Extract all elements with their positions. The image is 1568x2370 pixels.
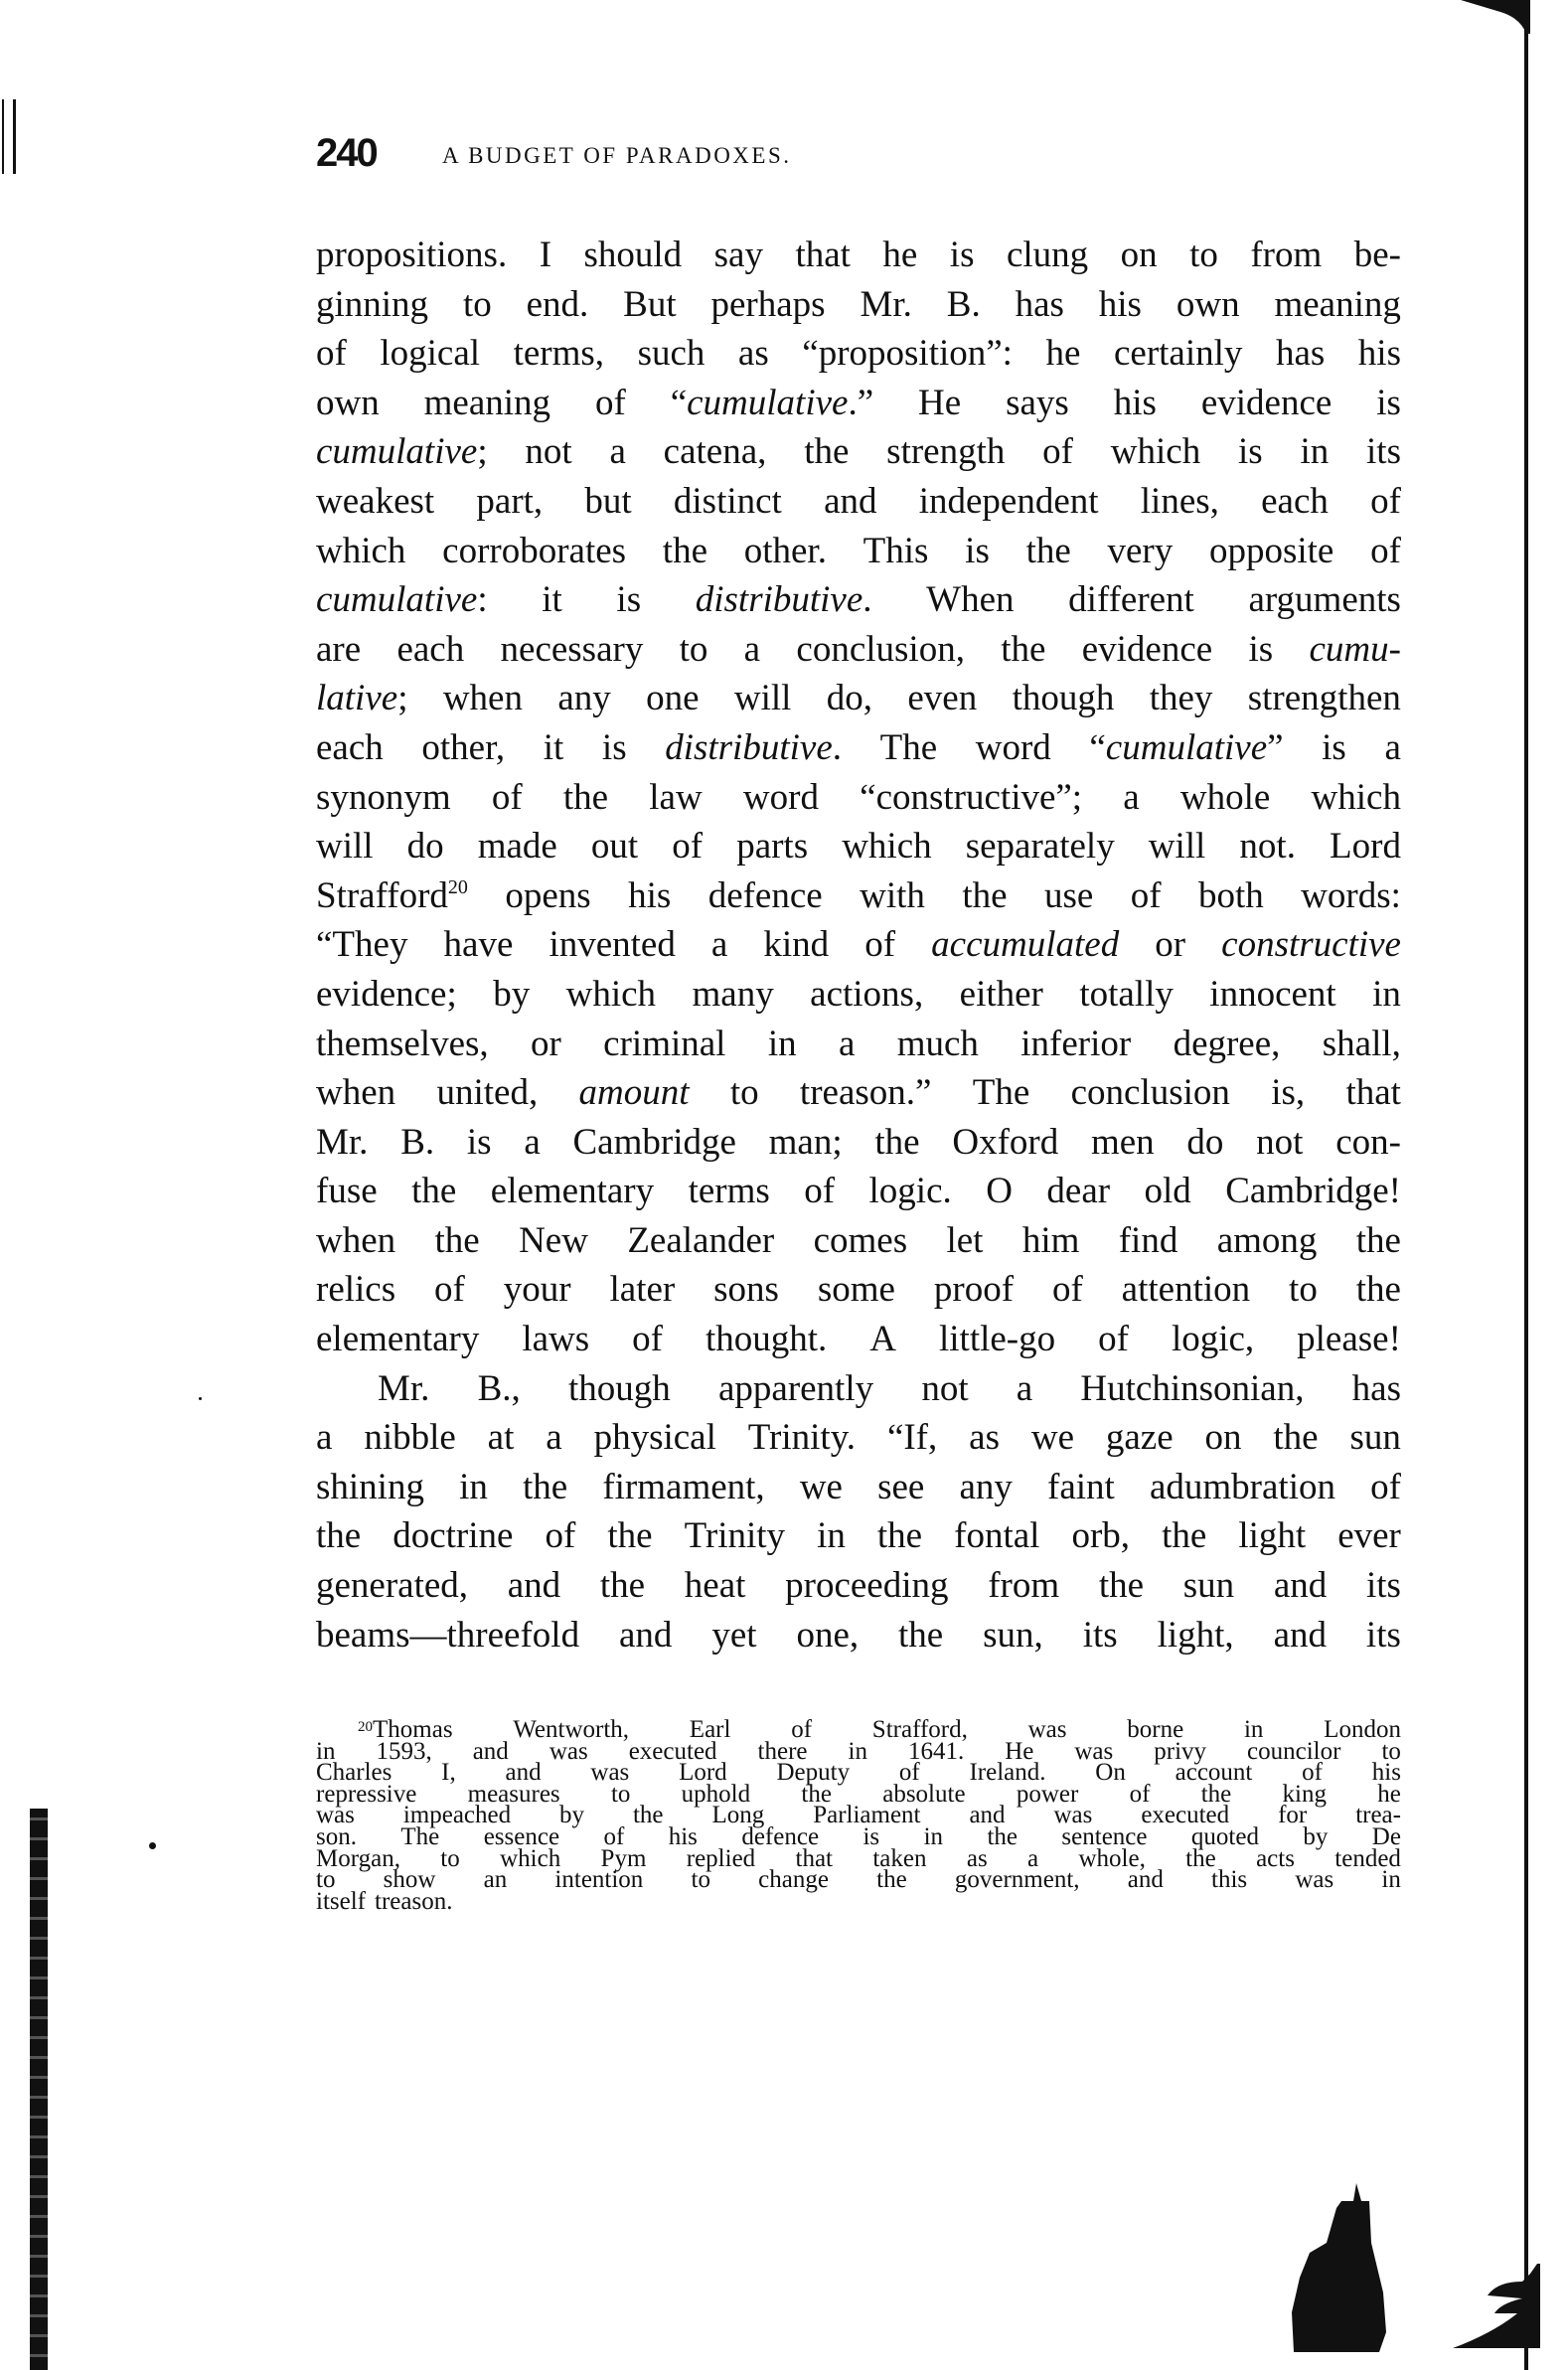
word: and	[1274, 1561, 1327, 1611]
word: strength	[886, 427, 1005, 477]
word: This	[863, 527, 929, 576]
footnote-line: itselftreason.	[316, 1891, 1401, 1913]
word: not	[921, 1364, 968, 1414]
word: his	[1358, 329, 1401, 379]
word: Cambridge	[573, 1118, 736, 1168]
word: synonym	[316, 773, 451, 823]
text-line: relicsofyourlatersonssomeproofofattentio…	[316, 1265, 1401, 1315]
word: or	[1155, 920, 1185, 970]
word: it	[542, 575, 562, 625]
word: defence	[708, 871, 823, 921]
word: is	[1238, 427, 1263, 477]
word: they	[1150, 674, 1213, 723]
word: of	[632, 1315, 663, 1364]
footnote-reference[interactable]: 20	[448, 876, 468, 898]
word: A	[869, 1315, 896, 1364]
word: the	[1356, 1216, 1401, 1266]
word: the	[874, 1118, 919, 1168]
word: sun	[1183, 1561, 1234, 1611]
word: other,	[421, 723, 505, 773]
text-line: cumulative;notacatena,thestrengthofwhich…	[316, 427, 1401, 477]
word: is	[1248, 625, 1273, 675]
word: out	[591, 822, 638, 871]
word: word	[743, 773, 819, 823]
word: words:	[1301, 871, 1401, 921]
word: among	[1217, 1216, 1318, 1266]
word: “cumulative”	[1089, 723, 1283, 773]
word: which	[842, 822, 931, 871]
word: Hutchinsonian,	[1080, 1364, 1304, 1414]
word: of	[595, 379, 626, 428]
word: the	[563, 773, 608, 823]
word: of	[1052, 1265, 1083, 1315]
word: evidence	[1201, 379, 1332, 428]
word: a	[744, 625, 760, 675]
word: such	[638, 329, 706, 379]
word: terms	[689, 1167, 770, 1216]
word: of	[1131, 871, 1162, 921]
word: each	[396, 625, 464, 675]
word: later	[610, 1265, 676, 1315]
word: much	[897, 1020, 979, 1069]
word: and	[508, 1561, 560, 1611]
word: we	[1031, 1413, 1074, 1463]
word: intention	[554, 1869, 643, 1891]
scan-artifact-left-top	[2, 99, 16, 174]
word: when	[316, 1068, 395, 1118]
word: by	[493, 970, 530, 1020]
word: The	[880, 723, 938, 773]
word: gaze	[1106, 1413, 1174, 1463]
word: at	[488, 1413, 515, 1463]
word: evidence;	[316, 970, 457, 1020]
word: the	[1001, 625, 1045, 675]
word: adumbration	[1150, 1463, 1335, 1512]
word: to	[692, 1869, 710, 1891]
word: inferior	[1020, 1020, 1131, 1069]
word: itself	[316, 1891, 366, 1913]
word: made	[478, 822, 557, 871]
word: even	[907, 674, 977, 723]
text-line: Strafford20openshisdefencewiththeuseofbo…	[316, 871, 1401, 921]
word: some	[818, 1265, 895, 1315]
word: by	[559, 1805, 584, 1826]
word: of	[434, 1265, 465, 1315]
word: both	[1198, 871, 1264, 921]
word: sons	[713, 1265, 779, 1315]
text-line: eachother,itisdistributive.Theword“cumul…	[316, 723, 1401, 773]
word: lative;	[316, 674, 407, 723]
word: he	[882, 231, 917, 280]
scan-artifact-corner	[1461, 0, 1530, 34]
word: necessary	[501, 625, 644, 675]
word: and	[473, 1741, 509, 1763]
word: fontal	[954, 1511, 1039, 1561]
word: treason.”	[800, 1068, 932, 1118]
word: on	[1121, 231, 1158, 280]
word: do,	[827, 674, 872, 723]
word: have	[444, 920, 514, 970]
word: in	[1300, 427, 1329, 477]
word: not	[525, 427, 571, 477]
word: of	[1042, 427, 1073, 477]
word: one	[646, 674, 699, 723]
word: when	[316, 1216, 395, 1266]
word: O	[986, 1167, 1013, 1216]
word: the	[607, 1511, 652, 1561]
word: accumulated	[931, 920, 1119, 970]
word: thought.	[706, 1315, 827, 1364]
word: an	[484, 1869, 508, 1891]
word: will	[1149, 822, 1206, 871]
word: yet	[711, 1611, 756, 1660]
word: a	[609, 427, 625, 477]
word: light	[1238, 1511, 1306, 1561]
text-line: weakestpart,butdistinctandindependentlin…	[316, 477, 1401, 527]
word: very	[1108, 527, 1174, 576]
body-text: propositions.Ishouldsaythatheisclungonto…	[316, 231, 1401, 1659]
word: cumu-	[1309, 625, 1400, 675]
word: physical	[594, 1413, 716, 1463]
word: proceeding	[785, 1561, 948, 1611]
word: of	[546, 1511, 576, 1561]
word: in	[849, 1741, 867, 1763]
word: logic,	[1172, 1315, 1254, 1364]
word: faint	[1047, 1463, 1115, 1512]
footnote-line: son.Theessenceofhisdefenceisinthesentenc…	[316, 1826, 1401, 1848]
word: themselves,	[316, 1020, 489, 1069]
word: propositions.	[316, 231, 507, 280]
word: I	[540, 231, 551, 280]
word: the	[876, 1869, 907, 1891]
word: perhaps	[711, 280, 826, 330]
word: its	[1366, 427, 1401, 477]
word: “If,	[887, 1413, 937, 1463]
text-line: fusetheelementarytermsoflogic.OdearoldCa…	[316, 1167, 1401, 1216]
word: the	[1273, 1413, 1318, 1463]
word: beams—threefold	[316, 1611, 579, 1660]
word: When	[926, 575, 1014, 625]
word: of	[1098, 1315, 1129, 1364]
word: is	[616, 575, 641, 625]
word: to	[463, 280, 492, 330]
scan-artifact-speck	[149, 1842, 156, 1849]
word: this	[1211, 1869, 1247, 1891]
word: whole	[1180, 773, 1270, 823]
word: apparently	[718, 1364, 873, 1414]
text-line: Mr.B.,thoughapparentlynotaHutchinsonian,…	[316, 1364, 1401, 1414]
word: meaning	[424, 379, 550, 428]
word: B.	[400, 1118, 434, 1168]
word: dear	[1046, 1167, 1110, 1216]
word: opens	[505, 871, 590, 921]
word: and	[1128, 1869, 1164, 1891]
word: own	[1176, 280, 1240, 330]
word: be-	[1354, 231, 1401, 280]
text-line: beams—threefoldandyetone,thesun,itslight…	[316, 1611, 1401, 1660]
word: which	[1312, 773, 1401, 823]
footnote: 20ThomasWentworth,EarlofStrafford,wasbor…	[316, 1719, 1401, 1912]
word: its	[1083, 1611, 1118, 1660]
word: it	[544, 723, 564, 773]
word: to	[1189, 231, 1218, 280]
word: but	[584, 477, 631, 527]
word: him	[1022, 1216, 1080, 1266]
word: little-go	[939, 1315, 1055, 1364]
text-line: elementarylawsofthought.Alittle-gooflogi…	[316, 1315, 1401, 1364]
word: find	[1119, 1216, 1178, 1266]
word: independent	[919, 477, 1099, 527]
word: the	[1099, 1561, 1144, 1611]
word: do	[407, 822, 444, 871]
word: which	[566, 970, 656, 1020]
word: conclusion,	[796, 625, 965, 675]
word: of	[672, 822, 703, 871]
word: any	[959, 1463, 1012, 1512]
word: of	[1370, 1463, 1401, 1512]
word: from	[988, 1561, 1059, 1611]
word: in	[459, 1463, 488, 1512]
word: treason.	[375, 1891, 452, 1913]
word: acts	[1256, 1848, 1295, 1870]
word: of	[804, 1167, 835, 1216]
word: firmament,	[602, 1463, 764, 1512]
word: opposite	[1209, 527, 1333, 576]
word: the	[1356, 1265, 1401, 1315]
word: and	[619, 1611, 672, 1660]
word: constructive	[1221, 920, 1401, 970]
word: has	[1352, 1364, 1401, 1414]
word: the	[435, 1216, 480, 1266]
word: that	[795, 231, 850, 280]
text-line: shininginthefirmament,weseeanyfaintadumb…	[316, 1463, 1401, 1512]
word: distributive.	[665, 723, 842, 773]
word: corroborates	[442, 527, 626, 576]
word: comes	[814, 1216, 908, 1266]
word: when	[443, 674, 523, 723]
word: the	[804, 427, 849, 477]
word: will	[316, 822, 374, 871]
word: relics	[316, 1265, 395, 1315]
text-line: themselves,orcriminalinamuchinferiordegr…	[316, 1020, 1401, 1069]
word: heat	[685, 1561, 746, 1611]
word: B.	[947, 280, 981, 330]
word: law	[649, 773, 702, 823]
word: of	[864, 920, 895, 970]
word: the	[411, 1167, 456, 1216]
word: conclusion	[1071, 1068, 1230, 1118]
word: kind	[763, 920, 829, 970]
word: B.,	[478, 1364, 521, 1414]
word: Zealander	[627, 1216, 774, 1266]
word: the	[877, 1511, 922, 1561]
footnote-line: toshowanintentiontochangethegovernment,a…	[316, 1869, 1401, 1891]
text-line: thedoctrineoftheTrinityinthefontalorb,th…	[316, 1511, 1401, 1561]
word: is	[467, 1118, 492, 1168]
word: He	[918, 379, 961, 428]
word: its	[1366, 1611, 1401, 1660]
word: laws	[522, 1315, 589, 1364]
word: different	[1068, 575, 1194, 625]
word: totally	[1079, 970, 1174, 1020]
word: the	[316, 1511, 361, 1561]
text-line: evidence;bywhichmanyactions,eithertotall…	[316, 970, 1401, 1020]
word: with	[860, 871, 925, 921]
word: sun,	[983, 1611, 1043, 1660]
word: says	[1006, 379, 1069, 428]
word: con-	[1335, 1118, 1401, 1168]
word: the	[600, 1561, 645, 1611]
word: New	[519, 1216, 588, 1266]
text-line: propositions.Ishouldsaythatheisclungonto…	[316, 231, 1401, 280]
scan-artifact-speck	[199, 1397, 202, 1400]
word: the	[523, 1463, 567, 1512]
word: either	[960, 970, 1043, 1020]
word: cumulative;	[316, 427, 488, 477]
text-line: whentheNewZealandercomeslethimfindamongt…	[316, 1216, 1401, 1266]
word: But	[623, 280, 676, 330]
word: of	[1370, 527, 1401, 576]
word: men	[1091, 1118, 1155, 1168]
word: in	[817, 1511, 846, 1561]
text-line: synonymofthelawword“constructive”;awhole…	[316, 773, 1401, 823]
word: part,	[476, 477, 543, 527]
word: not	[1256, 1118, 1303, 1168]
text-line: ownmeaningof“cumulative.”Hesayshiseviden…	[316, 379, 1401, 428]
word: not.	[1239, 822, 1296, 871]
word: elementary	[491, 1167, 654, 1216]
word: to	[680, 625, 708, 675]
word: invented	[549, 920, 675, 970]
word: which	[500, 1848, 560, 1870]
word: a	[1123, 773, 1139, 823]
word: lines,	[1141, 477, 1219, 527]
word: government,	[955, 1869, 1080, 1891]
text-line: willdomadeoutofpartswhichseparatelywilln…	[316, 822, 1401, 871]
word: “proposition”:	[802, 329, 1013, 379]
word: Mr.	[860, 280, 911, 330]
word: evidence	[1082, 625, 1212, 675]
word: its	[1366, 1561, 1401, 1611]
text-line: lative;whenanyonewilldo,eventhoughtheyst…	[316, 674, 1401, 723]
word: say	[714, 231, 763, 280]
word: his	[628, 871, 671, 921]
scan-artifact-ink-blob	[1292, 2183, 1386, 2352]
word: logical	[380, 329, 480, 379]
word: “cumulative.”	[671, 379, 873, 428]
word: see	[877, 1463, 924, 1512]
word: On	[1095, 1762, 1126, 1784]
scan-artifact-page-edge-right	[1524, 30, 1528, 2370]
word: other.	[744, 527, 827, 576]
word: “They	[316, 920, 407, 970]
word: in	[1381, 1869, 1400, 1891]
word: has	[1276, 329, 1325, 379]
word: Lord	[1330, 822, 1401, 871]
word: do	[1186, 1118, 1223, 1168]
word: fuse	[316, 1167, 378, 1216]
word: clung	[1007, 231, 1088, 280]
word: the	[1026, 527, 1071, 576]
word: the	[962, 871, 1007, 921]
word: shall,	[1323, 1020, 1401, 1069]
word: each	[316, 723, 384, 773]
text-line: areeachnecessarytoaconclusion,theevidenc…	[316, 625, 1401, 675]
word: change	[758, 1869, 829, 1891]
word: united,	[436, 1068, 538, 1118]
word: Oxford	[952, 1118, 1058, 1168]
word: the	[898, 1611, 943, 1660]
word: in	[768, 1020, 797, 1069]
word: criminal	[603, 1020, 725, 1069]
text-line: generated,andtheheatproceedingfromthesun…	[316, 1561, 1401, 1611]
word: was	[1028, 1719, 1067, 1741]
word: strengthen	[1248, 674, 1401, 723]
word: he	[1046, 329, 1081, 379]
word: I,	[441, 1762, 456, 1784]
word: in	[1372, 970, 1401, 1020]
word: is	[602, 723, 627, 773]
text-line: ginningtoend.ButperhapsMr.B.hashisownmea…	[316, 280, 1401, 330]
word: innocent	[1209, 970, 1335, 1020]
word: the	[633, 1805, 664, 1826]
word: nibble	[364, 1413, 455, 1463]
word: Trinity.	[748, 1413, 856, 1463]
word: is	[965, 527, 990, 576]
word: ginning	[316, 280, 428, 330]
word: old	[1145, 1167, 1191, 1216]
word: one,	[796, 1611, 859, 1660]
word: the	[663, 527, 707, 576]
word: The	[973, 1068, 1030, 1118]
word: “constructive”;	[860, 773, 1082, 823]
word: Mr.	[316, 1118, 368, 1168]
word: word	[976, 723, 1051, 773]
word: is	[950, 231, 975, 280]
word: a	[1017, 1364, 1032, 1414]
word: a	[524, 1118, 540, 1168]
word: which	[316, 527, 405, 576]
text-line: whichcorroboratestheother.Thisistheveryo…	[316, 527, 1401, 576]
word: elementary	[316, 1315, 479, 1364]
word: Trinity	[685, 1511, 785, 1561]
word: is	[1376, 379, 1401, 428]
word: degree,	[1174, 1020, 1281, 1069]
word: as	[969, 1413, 1000, 1463]
word: actions,	[810, 970, 923, 1020]
word: amount	[579, 1068, 690, 1118]
word: to	[1289, 1265, 1318, 1315]
word: sun	[1349, 1413, 1400, 1463]
word: is,	[1271, 1068, 1305, 1118]
word: of	[1370, 477, 1401, 527]
word: we	[800, 1463, 843, 1512]
word: Mr.	[378, 1364, 429, 1414]
word: or	[531, 1020, 561, 1069]
word: his	[1114, 379, 1157, 428]
word: to	[730, 1068, 759, 1118]
word: a	[839, 1020, 855, 1069]
word: arguments	[1248, 575, 1400, 625]
word: as	[738, 329, 769, 379]
word: proof	[934, 1265, 1014, 1315]
word: should	[583, 231, 682, 280]
word: though	[568, 1364, 671, 1414]
word: was	[1295, 1869, 1333, 1891]
word: his	[1099, 280, 1142, 330]
text-line: “Theyhaveinventedakindofaccumulatedorcon…	[316, 920, 1401, 970]
word: own	[316, 379, 380, 428]
